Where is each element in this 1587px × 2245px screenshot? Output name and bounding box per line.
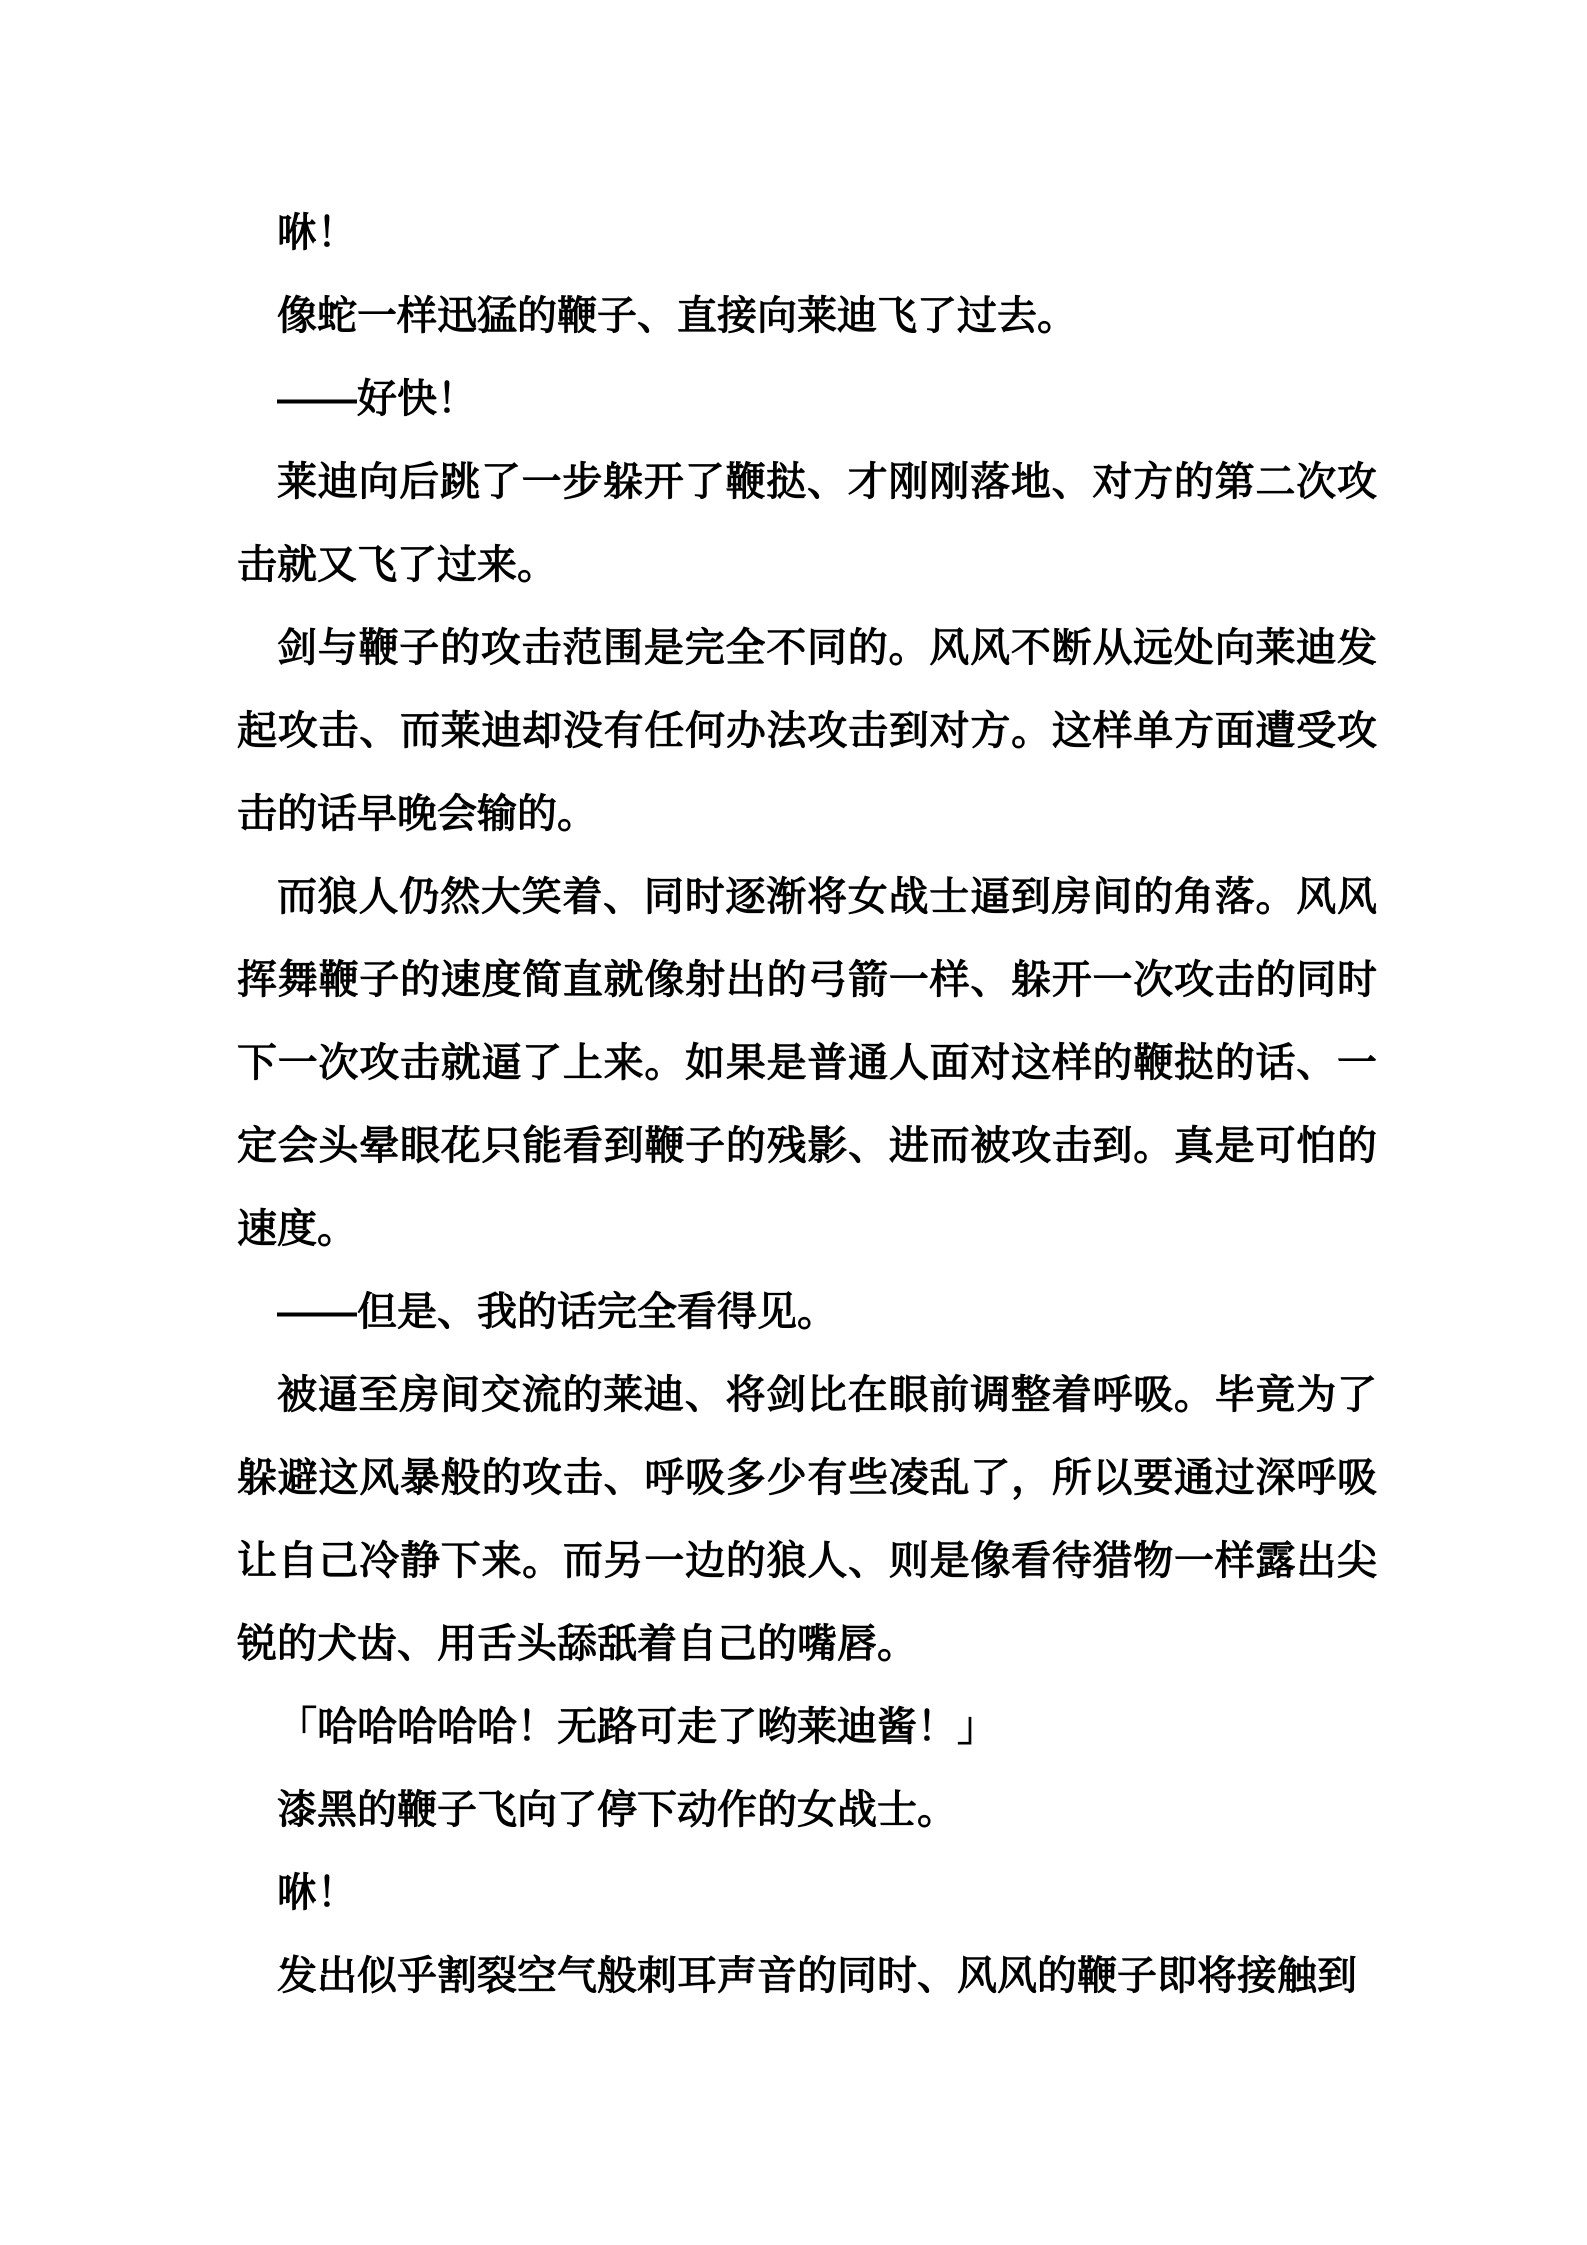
paragraph: 而狼人仍然大笑着、同时逐渐将女战士逼到房间的角落。风风挥舞鞭子的速度简直就像射出… (237, 856, 1377, 1271)
paragraph: 咻！ (237, 1852, 1377, 1935)
document-page: 咻！ 像蛇一样迅猛的鞭子、直接向莱迪飞了过去。 ——好快！ 莱迪向后跳了一步躲开… (0, 0, 1587, 2245)
document-body: 咻！ 像蛇一样迅猛的鞭子、直接向莱迪飞了过去。 ——好快！ 莱迪向后跳了一步躲开… (237, 192, 1377, 2018)
paragraph: ——好快！ (237, 358, 1377, 441)
paragraph: 莱迪向后跳了一步躲开了鞭挞、才刚刚落地、对方的第二次攻击就又飞了过来。 (237, 441, 1377, 607)
paragraph: 像蛇一样迅猛的鞭子、直接向莱迪飞了过去。 (237, 275, 1377, 358)
paragraph: 「哈哈哈哈哈！无路可走了哟莱迪酱！」 (237, 1686, 1377, 1769)
paragraph: 剑与鞭子的攻击范围是完全不同的。风风不断从远处向莱迪发起攻击、而莱迪却没有任何办… (237, 607, 1377, 856)
paragraph: 被逼至房间交流的莱迪、将剑比在眼前调整着呼吸。毕竟为了躲避这风暴般的攻击、呼吸多… (237, 1354, 1377, 1686)
paragraph: 咻！ (237, 192, 1377, 275)
paragraph: 发出似乎割裂空气般刺耳声音的同时、风风的鞭子即将接触到 (237, 1935, 1377, 2018)
paragraph: 漆黑的鞭子飞向了停下动作的女战士。 (237, 1769, 1377, 1852)
paragraph: ——但是、我的话完全看得见。 (237, 1271, 1377, 1354)
